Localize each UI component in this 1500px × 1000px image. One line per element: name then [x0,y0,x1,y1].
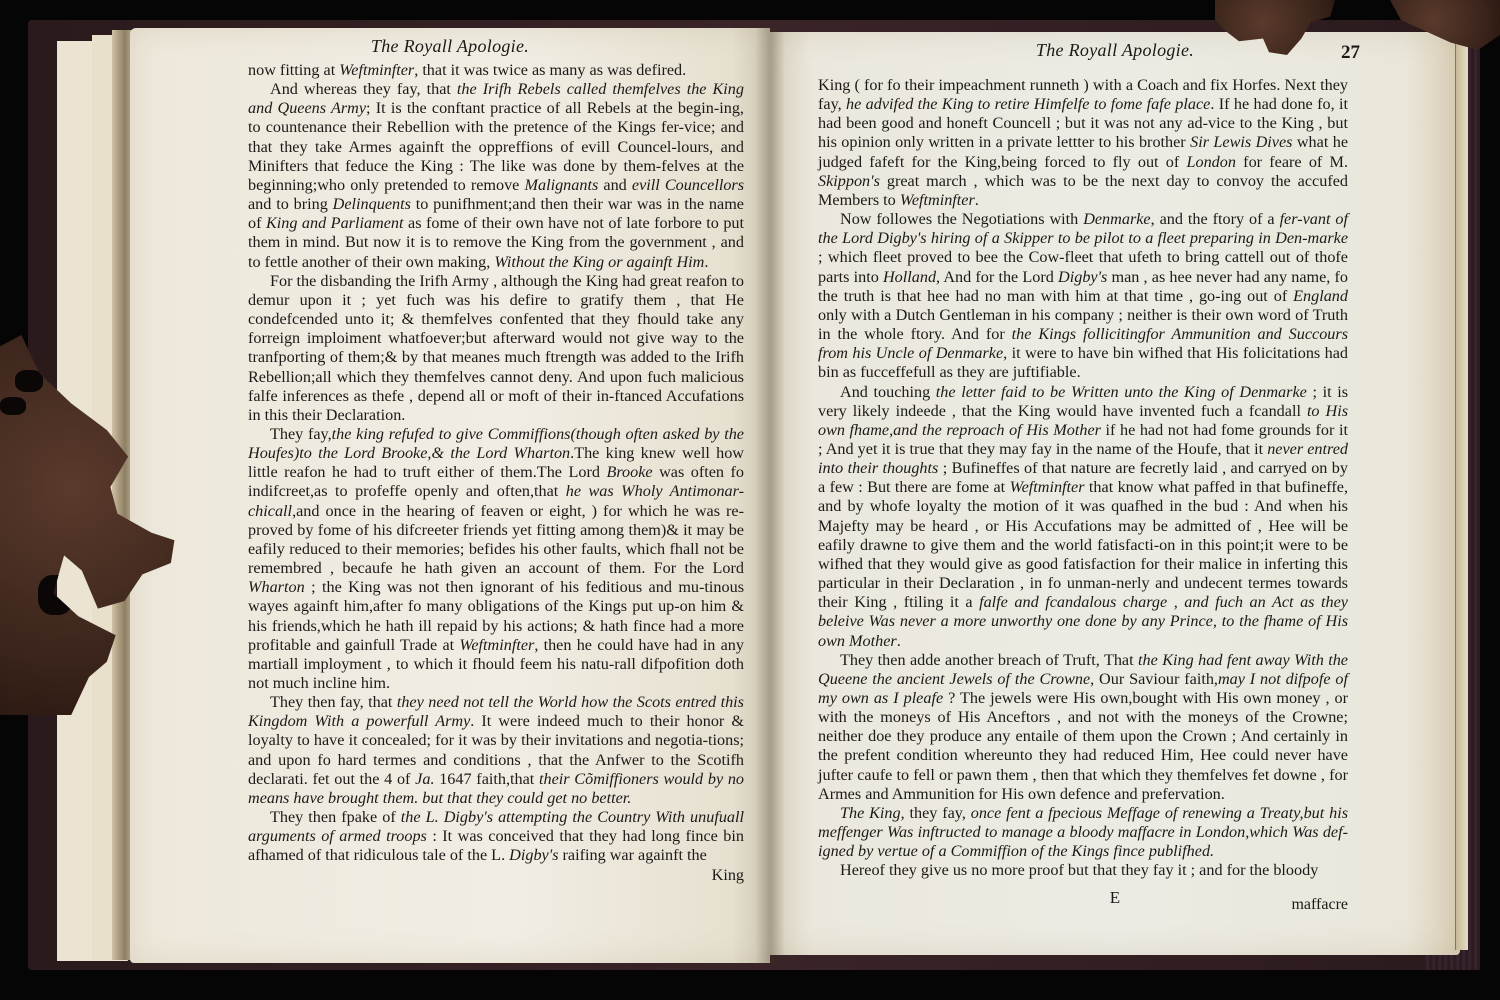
text-run: . [975,191,979,209]
text-run: for feare of M. [1236,153,1348,171]
paragraph: They then fay, that they need not tell t… [248,693,744,808]
italic-text: Ja. [415,770,434,788]
text-run: raifing war againft the [559,846,707,864]
text-run: . [897,632,901,650]
text-run: and to bring [248,195,333,213]
italic-text: Denmarke [1083,210,1150,228]
paragraph: King ( for fo their impeachment runneth … [818,76,1348,210]
clasp-hole [15,370,43,392]
italic-text: Weftminfter [1010,478,1085,496]
paragraph: They then fpake of the L. Digby's attemp… [248,808,744,865]
text-run: And whereas they fay, that [270,80,457,98]
catchword: King [248,866,744,885]
paragraph: For the disbanding the Irifh Army , alth… [248,272,744,425]
italic-text: King and Parliament [266,214,404,232]
text-run: now fitting at [248,61,339,79]
running-head-left: The Royall Apologie. [130,36,770,57]
text-run: ,and once in the hearing of feaven or ei… [248,502,744,577]
text-run: great march , which was to be the next d… [818,172,1348,209]
text-run: that know what paffed in that bufineffe,… [818,478,1348,611]
italic-text: Digby's [509,846,558,864]
italic-text: Brooke [606,463,652,481]
text-run: , and the ftory of a [1151,210,1280,228]
text-run: They then fay, that [270,693,397,711]
italic-text: Skippon's [818,172,880,190]
text-run: Hereof they give us no more proof but th… [840,861,1318,879]
paragraph: Hereof they give us no more proof but th… [818,861,1348,880]
italic-text: London [1186,153,1235,171]
page-block-edge-right [1455,36,1468,950]
paragraph: They then adde another breach of Truft, … [818,651,1348,804]
text-run: , they fay, [901,804,971,822]
paragraph: Now followes the Negotiations with Denma… [818,210,1348,382]
text-run: , And for the Lord [936,268,1058,286]
text-run: They then adde another breach of Truft, … [840,651,1138,669]
italic-text: evill Councellors [632,176,744,194]
italic-text: Weftminfter [900,191,975,209]
italic-text: the letter faid to be Written unto the K… [936,383,1307,401]
text-run: For the disbanding the Irifh Army , alth… [248,272,744,424]
italic-text: England [1293,287,1348,305]
italic-text: Holland [883,268,936,286]
italic-text: Weftminfter [339,61,414,79]
signature-mark: E [770,888,1460,908]
catchword-right: maffacre [1291,896,1348,914]
paragraph: The King, they fay, once fent a fpecious… [818,804,1348,861]
text-run: . [704,253,708,271]
text-run: Now followes the Negotiations with [840,210,1083,228]
italic-text: Sir Lewis Dives [1190,133,1292,151]
italic-text: Delinquents [333,195,411,213]
right-page: The Royall Apologie. 27 King ( for fo th… [770,32,1460,955]
italic-text: Digby's [1058,268,1107,286]
paragraph: now fitting at Weftminfter, that it was … [248,61,744,80]
text-run: They then fpake of [270,808,401,826]
text-run: They fay, [270,425,332,443]
paragraph: And touching the letter faid to be Writt… [818,383,1348,651]
left-page-text: now fitting at Weftminfter, that it was … [248,61,744,885]
text-run: , Our Saviour faith, [1090,670,1218,688]
italic-text: he advifed the King to retire Himfelfe t… [846,95,1210,113]
page-number: 27 [1341,42,1360,64]
text-run: , that it was twice as many as was defir… [414,61,686,79]
italic-text: Without the King or againft Him [494,253,704,271]
text-run: 1647 faith,that [435,770,540,788]
paragraph: And whereas they fay, that the Irifh Reb… [248,80,744,272]
clasp-hole [0,397,26,415]
left-page: The Royall Apologie. now fitting at Weft… [130,28,770,963]
italic-text: Wharton [248,578,305,596]
paragraph: They fay,the king refufed to give Commif… [248,425,744,693]
italic-text: Malignants [525,176,599,194]
italic-text: The King [840,804,901,822]
right-page-text: King ( for fo their impeachment runneth … [818,76,1348,881]
italic-text: Weftminfter [459,636,534,654]
text-run: And touching [840,383,936,401]
text-run: and [598,176,632,194]
